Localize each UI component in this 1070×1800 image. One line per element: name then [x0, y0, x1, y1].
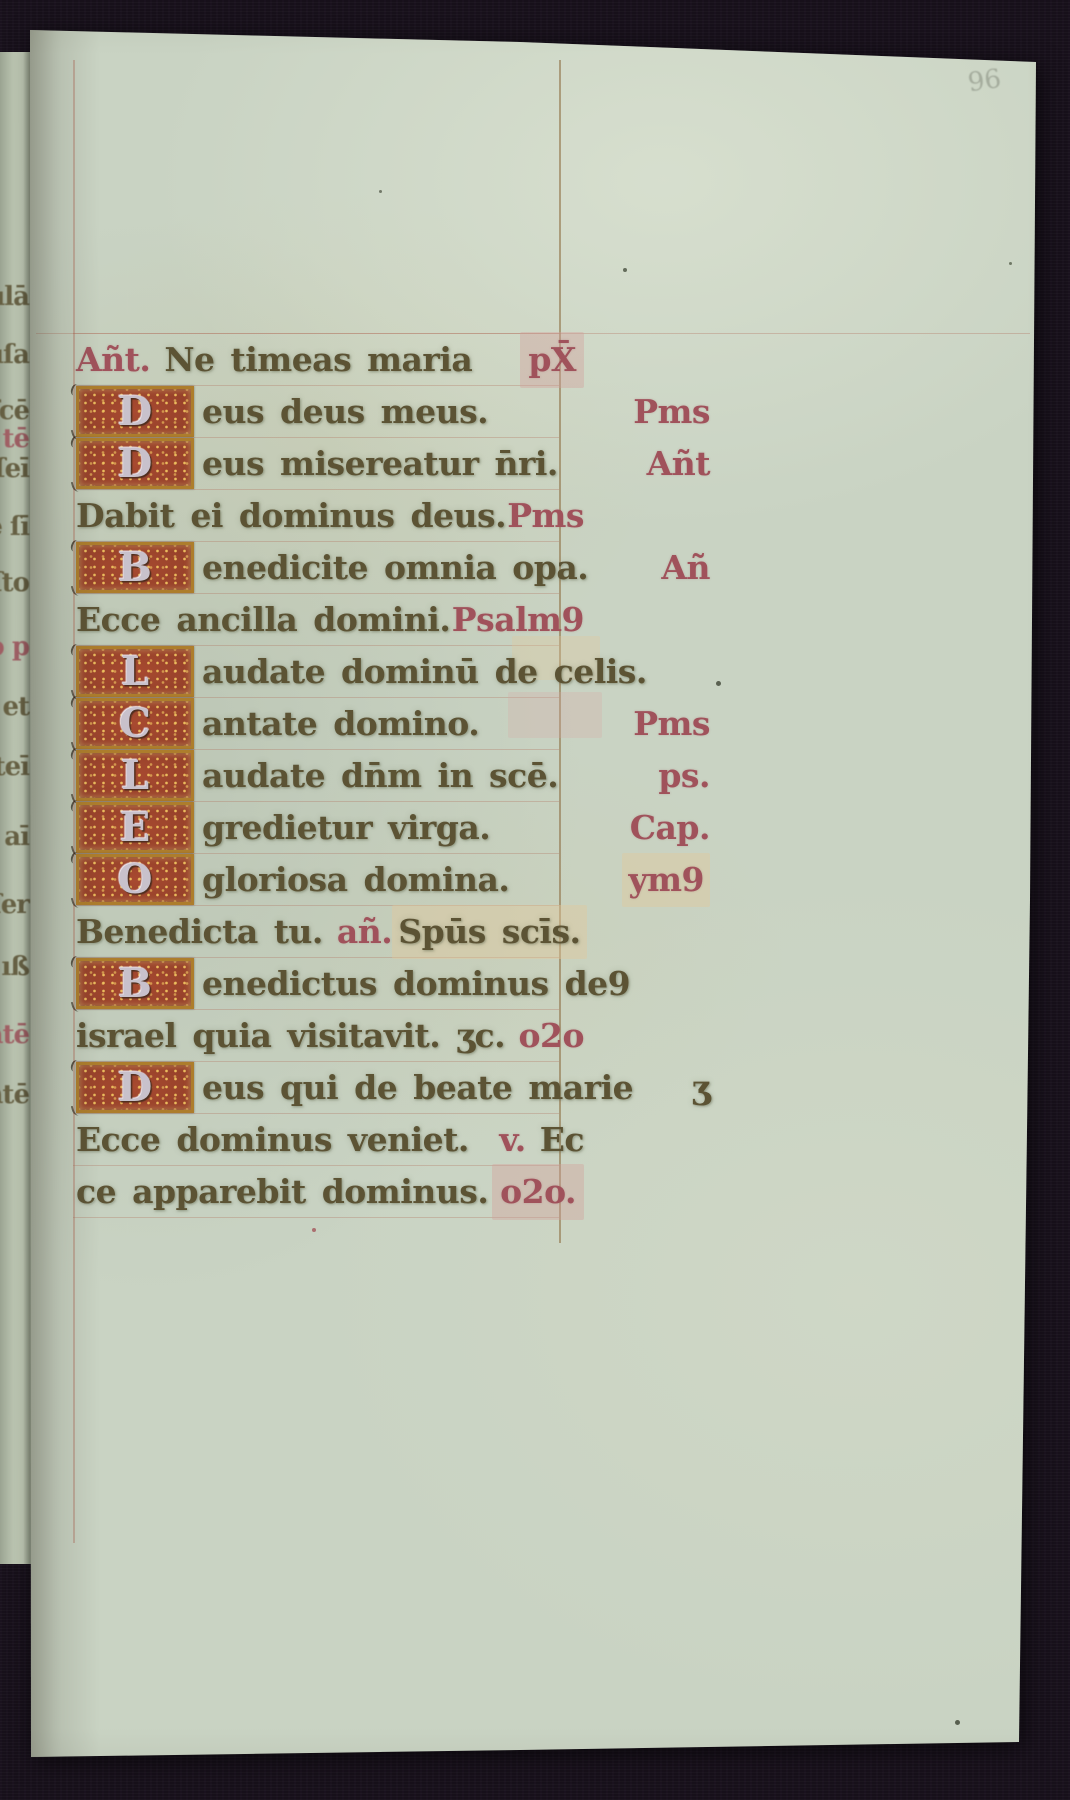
body-text: eus deus meus.: [202, 387, 488, 437]
rubric-text: Pms: [633, 699, 710, 749]
speck: [312, 1228, 316, 1232]
body-text: enedictus dominus de9: [202, 959, 630, 1009]
initial-letter: L: [121, 756, 149, 796]
illuminated-initial-O: O: [76, 854, 194, 905]
ruling-horizontal: [73, 1113, 559, 1114]
speck: [379, 190, 382, 193]
illuminated-initial-C: C: [76, 698, 194, 749]
initial-letter: D: [118, 1068, 153, 1108]
body-text: enedicite omnia opa.: [202, 543, 588, 593]
initial-letter: C: [119, 704, 151, 744]
ruling-horizontal: [73, 1217, 559, 1218]
rubric-text: Añt: [647, 439, 710, 489]
initial-letter: O: [118, 860, 153, 900]
body-text: gredietur virga.: [202, 803, 490, 853]
text-line: Añt.Ne timeas mariapX̄: [76, 335, 584, 385]
body-text: Ne timeas maria: [164, 335, 472, 385]
speck: [716, 681, 721, 686]
body-text: ʒ: [692, 1063, 710, 1113]
ruling-horizontal: [73, 1009, 559, 1010]
rubric-text: o2o.: [492, 1164, 584, 1220]
body-text: ce apparebit dominus.: [76, 1167, 488, 1217]
rubric-text: Pms: [633, 387, 710, 437]
ruling-horizontal: [73, 333, 559, 334]
ruling-horizontal: [73, 1165, 559, 1166]
initial-letter: E: [120, 808, 151, 848]
rubric-text: ps.: [658, 751, 710, 801]
body-text: Ecce ancilla domini.: [76, 595, 450, 645]
body-text: gloriosa domina.: [202, 855, 509, 905]
rubric-text: ym9: [622, 853, 710, 907]
rubric-text: añ.: [337, 907, 392, 957]
speck: [1009, 262, 1012, 265]
illuminated-initial-L: L: [76, 646, 194, 697]
body-text: Ecce dominus veniet.: [76, 1115, 469, 1165]
rubric-text: Psalm9: [452, 595, 584, 645]
rubric-text: Añ: [661, 543, 710, 593]
body-text: audate dn̄m in scē.: [202, 751, 558, 801]
illuminated-initial-B: B: [76, 542, 194, 593]
page-wrap: Añt.Ne timeas mariapX̄eus deus meus.Pmse…: [0, 0, 1070, 1800]
illuminated-initial-E: E: [76, 802, 194, 853]
rubric-text: Añt.: [76, 335, 150, 385]
initial-letter: L: [121, 652, 149, 692]
illuminated-initial-D: D: [76, 1062, 194, 1113]
illuminated-initial-L: L: [76, 750, 194, 801]
text-line: Ecce ancilla domini.Psalm9: [76, 595, 584, 645]
body-text: Ec: [540, 1115, 584, 1165]
body-text: israel quia visitavit. ʒc.: [76, 1011, 505, 1061]
body-text: audate dominū de celis.: [202, 647, 647, 697]
rubric-text: pX̄: [520, 332, 584, 388]
speck: [955, 1720, 960, 1725]
body-text: Dabit ei dominus deus.: [76, 491, 506, 541]
ruling-horizontal: [73, 593, 559, 594]
initial-letter: D: [118, 392, 153, 432]
body-text: eus qui de beate marie: [202, 1063, 633, 1113]
initial-letter: D: [118, 444, 153, 484]
text-line: ce apparebit dominus.o2o.: [76, 1167, 584, 1217]
body-text: antate domino.: [202, 699, 479, 749]
illuminated-initial-D: D: [76, 386, 194, 437]
illuminated-initial-B: B: [76, 958, 194, 1009]
speck: [623, 268, 627, 272]
initial-letter: B: [118, 548, 152, 588]
initial-letter: B: [118, 964, 152, 1004]
rubric-text: Pms: [507, 491, 584, 541]
text-line: israel quia visitavit. ʒc.o2o: [76, 1011, 584, 1061]
text-line: Dabit ei dominus deus.Pms: [76, 491, 584, 541]
rubric-text: Cap.: [630, 803, 710, 853]
ruling-horizontal: [73, 489, 559, 490]
folio-number: 96: [966, 64, 1003, 98]
text-line: Benedicta tu.añ.Spūs scīs.: [76, 907, 584, 957]
text-line: Ecce dominus veniet.v.Ec: [76, 1115, 584, 1165]
body-text: eus misereatur n̄ri.: [202, 439, 558, 489]
photo-mat: ılāıſaſcētēt ſeīle ſīı ſtoo pn̄ etr teīo…: [0, 0, 1070, 1800]
rubric-text: v.: [499, 1115, 525, 1165]
manuscript-page: Añt.Ne timeas mariapX̄eus deus meus.Pmse…: [0, 0, 1070, 1800]
body-text: Spūs scīs.: [392, 905, 586, 959]
rubric-text: o2o: [519, 1011, 584, 1061]
body-text: Benedicta tu.: [76, 907, 323, 957]
illuminated-initial-D: D: [76, 438, 194, 489]
